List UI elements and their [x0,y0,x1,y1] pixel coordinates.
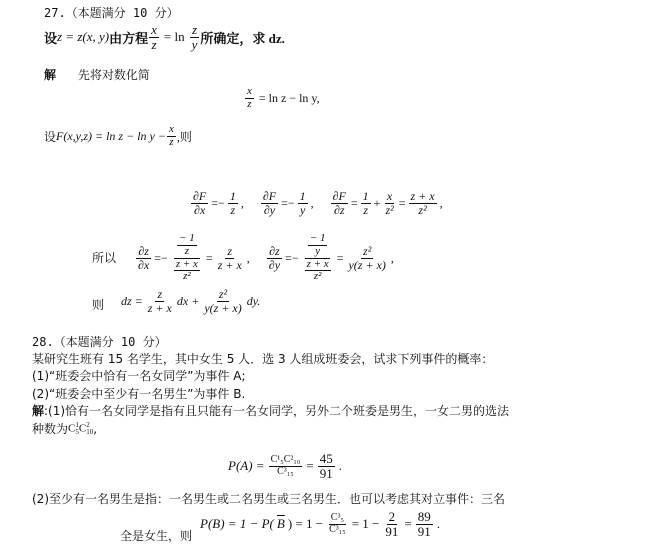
dF-dz: ∂F∂z [331,190,348,216]
problem-28-solution-line2: 种数为 C15 C210 , [32,420,97,437]
dx-term: dx + [177,294,199,309]
solution-27-intro: 解 先将对数化简 [44,66,150,83]
solution-line2-suffix: , [93,422,97,436]
pb-complement: B [277,516,285,532]
simplified-rhs: = ln z − ln y, [259,91,320,106]
simplified-fraction: x z [245,86,254,110]
equation-rhs-fraction: z y [190,23,200,51]
dz-term2: z²y(z + x) [202,288,243,314]
period: . [339,458,342,474]
combo-letter: C [68,422,75,434]
combo-indices: 210 [86,422,93,436]
combination-C5-1: C15 [68,422,79,436]
dzdy-result: z²y(z + x) [346,245,387,271]
frac-den: ∂y [267,259,282,272]
frac-num: z [190,23,199,37]
inner-frac: − 1y [308,233,328,257]
dz-dy: ∂z∂y [267,245,282,271]
combination-C10-2: C210 [79,422,93,436]
inner-frac: z + xz² [174,259,200,283]
equals: = [351,196,358,211]
equals-minus: =− [285,251,299,266]
frac-num: x [385,190,394,204]
frac-den: ∂z [332,204,347,217]
frac-den: y(z + x) [202,302,243,315]
probability-A: P(A) = C¹₅C²₁₀C³₁₅ = 4591 . [228,452,342,480]
pb-result: 8991 [416,510,433,538]
frac-den: ∂x [192,204,207,217]
frac-den: z [167,137,175,149]
problem-27-statement: 设 z = z(x, y) 由方程 x z = ln z y 所确定，求 dz. [44,22,285,52]
equals-minus: =− [154,251,168,266]
frac-den: ∂x [136,259,151,272]
frac-den: z² [181,271,193,283]
inner-frac: − 1z [177,233,197,257]
pb-fraction2: 291 [383,510,400,538]
frac-den: z [228,204,237,217]
frac-den: y [190,37,200,52]
frac-num: 2 [387,510,398,525]
dz-term1: zz + x [146,288,174,314]
solution-label: 解 [32,404,44,418]
inner-frac: z + xz² [305,259,331,283]
solution-intro-text: 先将对数化简 [78,68,150,82]
pb-fraction: C³₅C³₁₅ [327,513,348,535]
comma: , [391,251,394,266]
compound-den: z + xz² [302,259,334,283]
compound-num: − 1z [174,233,200,258]
statement-math: z = z(x, y) [57,29,109,45]
period: . [437,516,440,532]
frac-den: z + x [216,259,244,272]
comma: , [311,196,314,211]
frac-den: z² [312,271,324,283]
problem-28-statement: 某研究生班有 15 名学生，其中女生 5 人．选 3 人组成班委会，试求下列事件… [32,350,493,367]
frac-num: x [167,124,176,137]
frac-den: y [298,204,307,217]
frac-den: C³₁₅ [275,467,296,478]
problem-28-part1: (1)“班委会中恰有一名女同学”为事件 A; [32,367,246,384]
frac-num: z + x [409,190,437,204]
define-math: F(x,y,z) = ln z − ln y − [56,129,166,144]
solution-line2-prefix: 种数为 [32,420,68,437]
dzdx-result: zz + x [216,245,244,271]
equals-minus: =− [211,196,225,211]
dzdx-compound-fraction: − 1z z + xz² [171,233,203,282]
frac-num: ∂F [191,190,208,204]
so-label: 所以 [92,249,116,266]
frac-num: z² [361,245,373,259]
statement-suffix: 所确定，求 dz. [200,28,285,47]
equals-minus: =− [281,196,295,211]
frac-den: z² [416,204,428,217]
define-F: 设 F(x,y,z) = ln z − ln y − x z ,则 [44,124,192,148]
pa-fraction: C¹₅C²₁₀C³₁₅ [269,455,303,477]
simplified-equation: x z = ln z − ln y, [244,86,320,110]
frac-num: z [225,245,234,259]
frac-num: z [155,288,164,302]
frac-den: y(z + x) [346,259,387,272]
frac-num: 1 [298,190,308,204]
frac-num: 1 [361,190,371,204]
dz-total-row: dz = zz + x dx + z²y(z + x) dy. [121,288,260,314]
equation-lhs-fraction: x z [149,23,159,51]
comma: , [241,196,244,211]
frac-num: z² [217,288,229,302]
statement-prefix: 设 [44,28,57,47]
frac-den: ∂y [262,204,277,217]
equals-one-minus: = 1 − [352,516,380,532]
compound-den: z + xz² [171,259,203,283]
frac-den: z [361,204,370,217]
Fz-term2: xz² [383,190,395,216]
frac-den: z [183,246,191,258]
problem-28-header: 28.（本题满分 10 分） [32,333,167,350]
dz-partials-row: ∂z∂x =− − 1z z + xz² = zz + x , ∂z∂y =− … [135,228,394,288]
comma: , [440,196,443,211]
frac-num: 45 [318,452,335,467]
frac-den: 91 [318,467,335,481]
equals: = [404,516,411,532]
Fx-value: 1z [228,190,238,216]
Fy-value: 1y [298,190,308,216]
pa-lhs: P(A) = [228,458,265,474]
dz-lhs: dz = [121,294,143,309]
pb-mid: ) = 1 − [288,516,323,532]
problem-28-part2-solution-cont: 全是女生，则 [120,527,192,544]
frac-num: 1 [228,190,238,204]
equals: = [399,196,406,211]
frac-num: x [149,23,159,38]
frac-num: x [245,86,254,99]
pb-lhs: P(B) = 1 − P( [200,516,274,532]
solution-text: :(1)恰有一名女同学是指有且只能有一名女同学，另外二个班委是男生，一女二男的选… [44,404,509,418]
frac-den: 91 [383,525,400,539]
compound-num: − 1y [305,233,331,258]
dF-dx: ∂F∂x [191,190,208,216]
frac-num: C³₅ [329,513,346,525]
problem-28-solution-line1: 解:(1)恰有一名女同学是指有且只能有一名女同学，另外二个班委是男生，一女二男的… [32,402,509,419]
frac-den: z [149,38,158,52]
frac-num: C¹₅C²₁₀ [269,455,303,467]
Fz-term1: 1z [361,190,371,216]
then-label: 则 [92,296,104,313]
frac-den: C³₁₅ [327,525,348,536]
Fz-result: z + xz² [409,190,437,216]
frac-den: z² [383,204,395,217]
frac-den: z + x [146,302,174,315]
combo-letter: C [79,422,86,434]
equals: = [306,458,313,474]
frac-num: ∂z [267,245,282,259]
dzdy-compound-fraction: − 1y z + xz² [302,233,334,282]
dy-term: dy. [247,294,261,309]
define-suffix: ,则 [177,128,192,145]
dz-dx: ∂z∂x [136,245,151,271]
partial-derivatives-row: ∂F∂x =− 1z , ∂F∂y =− 1y , ∂F∂z = 1z + xz… [190,190,443,216]
frac-num: 89 [416,510,433,525]
statement-mid: 由方程 [109,28,148,47]
frac-num: ∂z [136,245,151,259]
pa-result: 4591 [318,452,335,480]
equation-ln: = ln [164,29,185,45]
plus: + [374,196,381,211]
equals: = [206,251,213,266]
frac-den: z [245,99,253,111]
problem-27-header: 27.（本题满分 10 分） [44,4,179,21]
frac-den: 91 [416,525,433,539]
combo-sub: 10 [86,429,93,436]
problem-28-part2: (2)“班委会中至少有一名男生”为事件 B. [32,385,245,402]
define-prefix: 设 [44,128,56,145]
dF-dy: ∂F∂y [261,190,278,216]
frac-num: ∂F [261,190,278,204]
solution-label: 解 [44,68,56,82]
define-fraction: x z [167,124,176,148]
comma: , [247,251,250,266]
frac-num: ∂F [331,190,348,204]
probability-B: P(B) = 1 − P(B) = 1 − C³₅C³₁₅ = 1 − 291 … [200,510,440,538]
frac-den: y [313,246,322,258]
problem-28-part2-solution: (2)至少有一名男生是指：一名男生或二名男生或三名男生．也可以考虑其对立事件：三… [32,490,505,507]
equals: = [337,251,344,266]
